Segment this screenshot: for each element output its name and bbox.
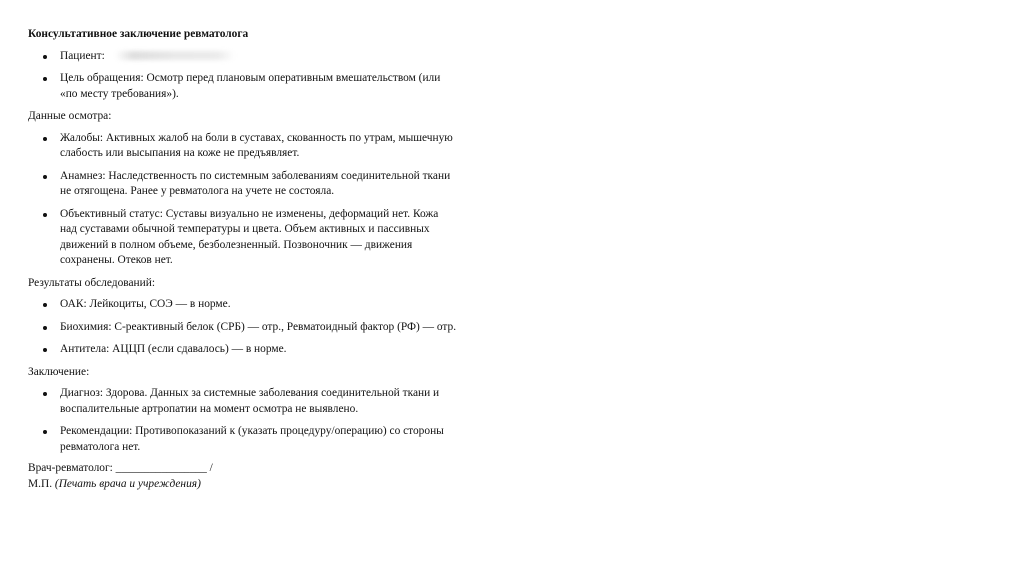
exam-anamnesis: Анамнез: Наследственность по системным з… — [60, 170, 450, 198]
list-item: Жалобы: Активных жалоб на боли в сустава… — [28, 131, 458, 162]
list-item: Объективный статус: Суставы визуально не… — [28, 207, 458, 269]
list-item: Рекомендации: Противопоказаний к (указат… — [28, 424, 458, 455]
conclusion-diagnosis: Диагноз: Здорова. Данных за системные за… — [60, 387, 439, 415]
list-item-purpose: Цель обращения: Осмотр перед плановым оп… — [28, 71, 458, 102]
stamp-note: (Печать врача и учреждения) — [55, 478, 201, 490]
list-item: Диагноз: Здорова. Данных за системные за… — [28, 386, 458, 417]
result-biochemistry: Биохимия: С-реактивный белок (СРБ) — отр… — [60, 321, 456, 333]
list-item: Анамнез: Наследственность по системным з… — [28, 169, 458, 200]
conclusion-list: Диагноз: Здорова. Данных за системные за… — [28, 386, 458, 455]
bullet-icon — [43, 77, 47, 81]
results-heading: Результаты обследований: — [28, 276, 458, 292]
conclusion-recommendations: Рекомендации: Противопоказаний к (указат… — [60, 425, 444, 453]
bullet-icon — [43, 175, 47, 179]
result-cbc: ОАК: Лейкоциты, СОЭ — в норме. — [60, 298, 231, 310]
intro-list: Пациент: Цель обращения: Осмотр перед пл… — [28, 49, 458, 103]
redacted-patient-name — [115, 51, 235, 60]
exam-objective-status: Объективный статус: Суставы визуально не… — [60, 208, 438, 267]
result-antibodies: Антитела: АЦЦП (если сдавалось) — в норм… — [60, 343, 286, 355]
exam-list: Жалобы: Активных жалоб на боли в сустава… — [28, 131, 458, 269]
bullet-icon — [43, 303, 47, 307]
patient-label: Пациент: — [60, 50, 105, 62]
stamp-line: М.П. (Печать врача и учреждения) — [28, 477, 458, 493]
purpose-label: Цель обращения: — [60, 72, 144, 84]
list-item-patient: Пациент: — [28, 49, 458, 65]
bullet-icon — [43, 430, 47, 434]
bullet-icon — [43, 348, 47, 352]
stamp-prefix: М.П. — [28, 478, 55, 490]
list-item: Биохимия: С-реактивный белок (СРБ) — отр… — [28, 320, 458, 336]
document-title: Консультативное заключение ревматолога — [28, 27, 458, 43]
results-list: ОАК: Лейкоциты, СОЭ — в норме. Биохимия:… — [28, 297, 458, 358]
exam-complaints: Жалобы: Активных жалоб на боли в сустава… — [60, 132, 453, 160]
bullet-icon — [43, 55, 47, 59]
bullet-icon — [43, 137, 47, 141]
signature-line: Врач-ревматолог: ________________ / — [28, 461, 458, 477]
bullet-icon — [43, 213, 47, 217]
bullet-icon — [43, 392, 47, 396]
consultation-document: Консультативное заключение ревматолога П… — [28, 27, 458, 492]
conclusion-heading: Заключение: — [28, 365, 458, 381]
bullet-icon — [43, 326, 47, 330]
exam-heading: Данные осмотра: — [28, 109, 458, 125]
list-item: ОАК: Лейкоциты, СОЭ — в норме. — [28, 297, 458, 313]
list-item: Антитела: АЦЦП (если сдавалось) — в норм… — [28, 342, 458, 358]
